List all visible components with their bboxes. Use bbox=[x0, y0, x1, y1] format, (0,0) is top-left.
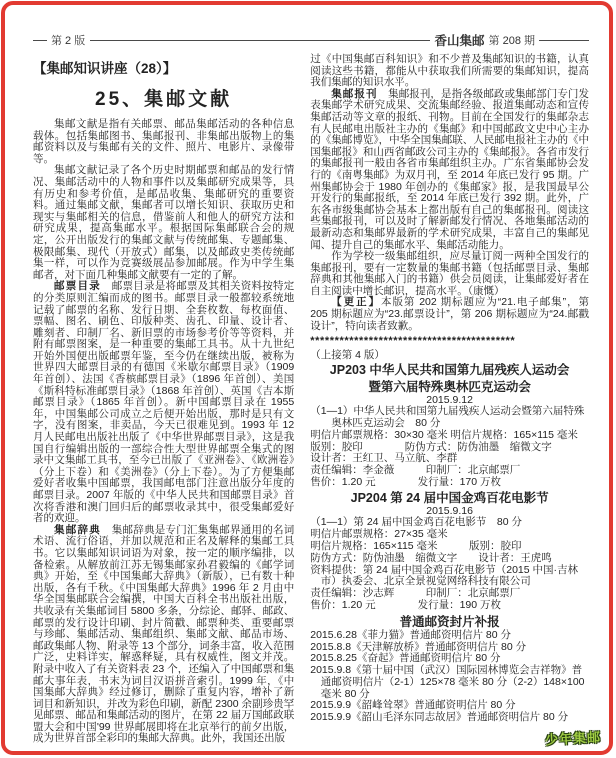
page-content: 第 2 版 香山集邮 第 208 期 【集邮知识讲座（28）】 25、集邮文献 … bbox=[33, 31, 589, 741]
paragraph-continued: 过《中国集邮百科知识》和不少普及集邮知识的书籍，认真阅读这些书籍，都能从中获取我… bbox=[310, 54, 589, 89]
header-rule-left bbox=[33, 40, 47, 41]
paragraph-school-advice-text: 作为学校一级集邮组织，应尽量订阅一两种全国发行的集邮报刊，要有一定数量的集邮书籍… bbox=[310, 250, 589, 297]
term-philatelic-dictionary: 集邮辞典 bbox=[54, 524, 101, 536]
jp204-heading: JP204 第 24 届中国金鸡百花电影节 bbox=[310, 491, 589, 506]
supplement-item: 2015.6.28《菲力猫》普通邮资明信片 80 分 bbox=[310, 630, 589, 642]
issue-number: 第 208 期 bbox=[489, 32, 535, 48]
paragraph-literature-value: 集邮文献记录了各个历史时期邮票和邮品的发行情况、集邮活动中的人物和事件以及集邮研… bbox=[33, 165, 294, 281]
page-header: 第 2 版 香山集邮 第 208 期 bbox=[33, 31, 589, 49]
jp204-source-line: 资料提供：第 24 届中国金鸡百花电影节（2015 中国·吉林市）执委会、北京全… bbox=[310, 565, 589, 589]
correction-notice: 【更正】本版第 202 期标题应为“21.电子邮集”，第 205 期标题应为“2… bbox=[310, 297, 589, 332]
left-column: 【集邮知识讲座（28）】 25、集邮文献 集邮文献是指有关邮票、邮品集邮活动的各… bbox=[33, 54, 294, 745]
paragraph-philatelic-dictionary: 集邮辞典 集邮辞典是专门汇集集邮界通用的名词术语、流行俗语，并加以规范和正名及解… bbox=[33, 525, 294, 745]
jp203-stamp-line: （1—1）中华人民共和国第九届残疾人运动会暨第六届特殊奥林匹克运动会 80 分 bbox=[310, 406, 589, 430]
edition-label: 第 2 版 bbox=[51, 32, 85, 48]
jp204-format-line: 明信片规格：165×115 毫米 版别：胶印 bbox=[310, 541, 589, 553]
lecture-series-tag: 【集邮知识讲座（28）】 bbox=[33, 57, 294, 77]
paragraph-stamp-catalog: 邮票目录 邮票目录是将邮票及其相关资料按特定的分类原则汇编而成的图书。邮票目录一… bbox=[33, 281, 294, 524]
jp203-heading-line1: JP203 中华人民共和国第九届残疾人运动会 bbox=[310, 363, 589, 378]
paragraph-continued-text: 过《中国集邮百科知识》和不少普及集邮知识的书籍，认真阅读这些书籍，都能从中获取我… bbox=[310, 53, 589, 88]
jp203-heading-line2: 暨第六届特殊奥林匹克运动会 bbox=[310, 380, 589, 395]
supplement-item: 2015.9.8《第十届中国（武汉）国际园林博览会吉祥物》普通邮资明信片（2-1… bbox=[310, 665, 589, 700]
stars-divider: ****************************************… bbox=[310, 335, 589, 347]
term-stamp-catalog: 邮票目录 bbox=[54, 280, 101, 292]
correction-tag: 【更正】 bbox=[331, 296, 381, 308]
article-title: 25、集邮文献 bbox=[33, 84, 294, 111]
header-rule-right bbox=[539, 40, 589, 41]
continued-from-note: （上接第 4 版） bbox=[310, 349, 589, 361]
paragraph-stamp-catalog-text: 邮票目录是将邮票及其相关资料按特定的分类原则汇编而成的图书。邮票目录一般都较系统… bbox=[33, 280, 294, 524]
term-philatelic-press: 集邮报刊 bbox=[331, 88, 377, 100]
paragraph-philatelic-press: 集邮报刊 集邮报刊，是指各级邮政或集邮部门专门发表集邮学术研究成果、交流集邮经验… bbox=[310, 89, 589, 251]
jp203-size-line: 明信片邮票规格：30×30 毫米 明信片规格：165×115 毫米 bbox=[310, 430, 589, 442]
supplement-heading: 普通邮资封片补报 bbox=[310, 615, 589, 630]
jp204-price-line: 售价：1.20 元 发行量：190 万枚 bbox=[310, 600, 589, 612]
paragraph-literature-value-text: 集邮文献记录了各个历史时期邮票和邮品的发行情况、集邮活动中的人物和事件以及集邮研… bbox=[33, 164, 294, 280]
jp203-price-line: 售价：1.20 元 发行量：170 万枚 bbox=[310, 477, 589, 489]
paragraph-philatelic-press-text: 集邮报刊，是指各级邮政或集邮部门专门发表集邮学术研究成果、交流集邮经验、报道集邮… bbox=[310, 88, 589, 251]
youth-philately-logo: 少年集邮 bbox=[545, 727, 602, 749]
masthead-title: 香山集邮 bbox=[435, 31, 485, 49]
page-border-frame: 第 2 版 香山集邮 第 208 期 【集邮知识讲座（28）】 25、集邮文献 … bbox=[1, 1, 613, 755]
paragraph-intro-text: 集邮文献是指有关邮票、邮品集邮活动的各种信息载体。包括集邮图书、集邮报刊、非集邮… bbox=[33, 118, 294, 165]
header-rule-middle bbox=[90, 40, 429, 41]
right-column: 过《中国集邮百科知识》和不少普及集邮知识的书籍，认真阅读这些书籍，都能从中获取我… bbox=[310, 54, 589, 745]
paragraph-philatelic-dictionary-text: 集邮辞典是专门汇集集邮界通用的名词术语、流行俗语，并加以规范和正名及解释的集邮工… bbox=[33, 524, 294, 745]
jp204-designer-line: 防伪方式：防伪油墨 缩微文字 设计者：王虎鸣 bbox=[310, 553, 589, 565]
paragraph-school-advice: 作为学校一级集邮组织，应尽量订阅一两种全国发行的集邮报刊，要有一定数量的集邮书籍… bbox=[310, 251, 589, 297]
columns: 【集邮知识讲座（28）】 25、集邮文献 集邮文献是指有关邮票、邮品集邮活动的各… bbox=[33, 54, 589, 745]
paragraph-intro: 集邮文献是指有关邮票、邮品集邮活动的各种信息载体。包括集邮图书、集邮报刊、非集邮… bbox=[33, 119, 294, 165]
supplement-item: 2015.9.9《韶山毛泽东同志故居》普通邮资明信片 80 分 bbox=[310, 712, 589, 724]
